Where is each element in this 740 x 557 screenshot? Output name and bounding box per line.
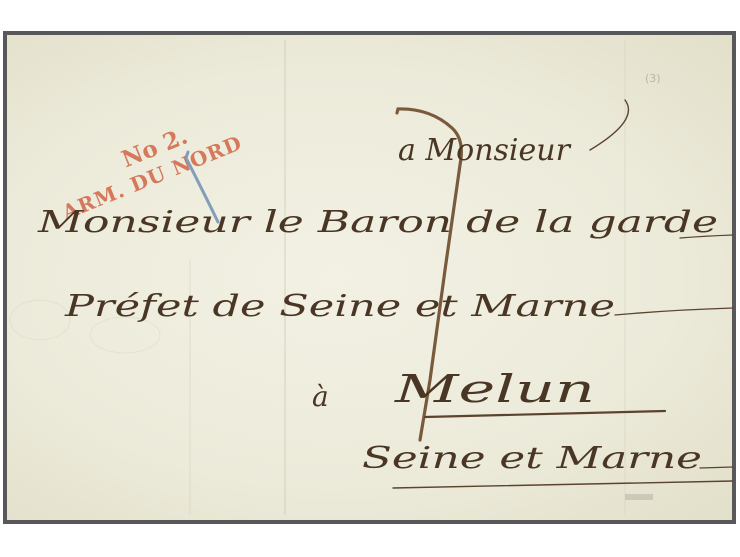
address-line-name: Monsieur le Baron de la garde — [37, 205, 718, 240]
flourish-dept — [700, 467, 733, 468]
letter-markings: (3) No 2. ARM. DU NORD a Monsieur Monsie… — [0, 0, 740, 557]
letter-photo: (3) No 2. ARM. DU NORD a Monsieur Monsie… — [0, 0, 740, 557]
address-line-to: a Monsieur — [398, 133, 572, 168]
underline-melun — [425, 411, 665, 417]
address-line-city: Melun — [393, 367, 595, 411]
address-line-title: Préfet de Seine et Marne — [64, 289, 615, 324]
address-line-at: à — [312, 380, 329, 413]
underline-marne — [615, 308, 733, 315]
flourish-monsieur — [590, 100, 628, 150]
address-line-dept: Seine et Marne — [362, 441, 702, 476]
pencil-note — [625, 494, 653, 500]
corner-mark: (3) — [645, 72, 661, 85]
underline-dept — [393, 481, 733, 488]
